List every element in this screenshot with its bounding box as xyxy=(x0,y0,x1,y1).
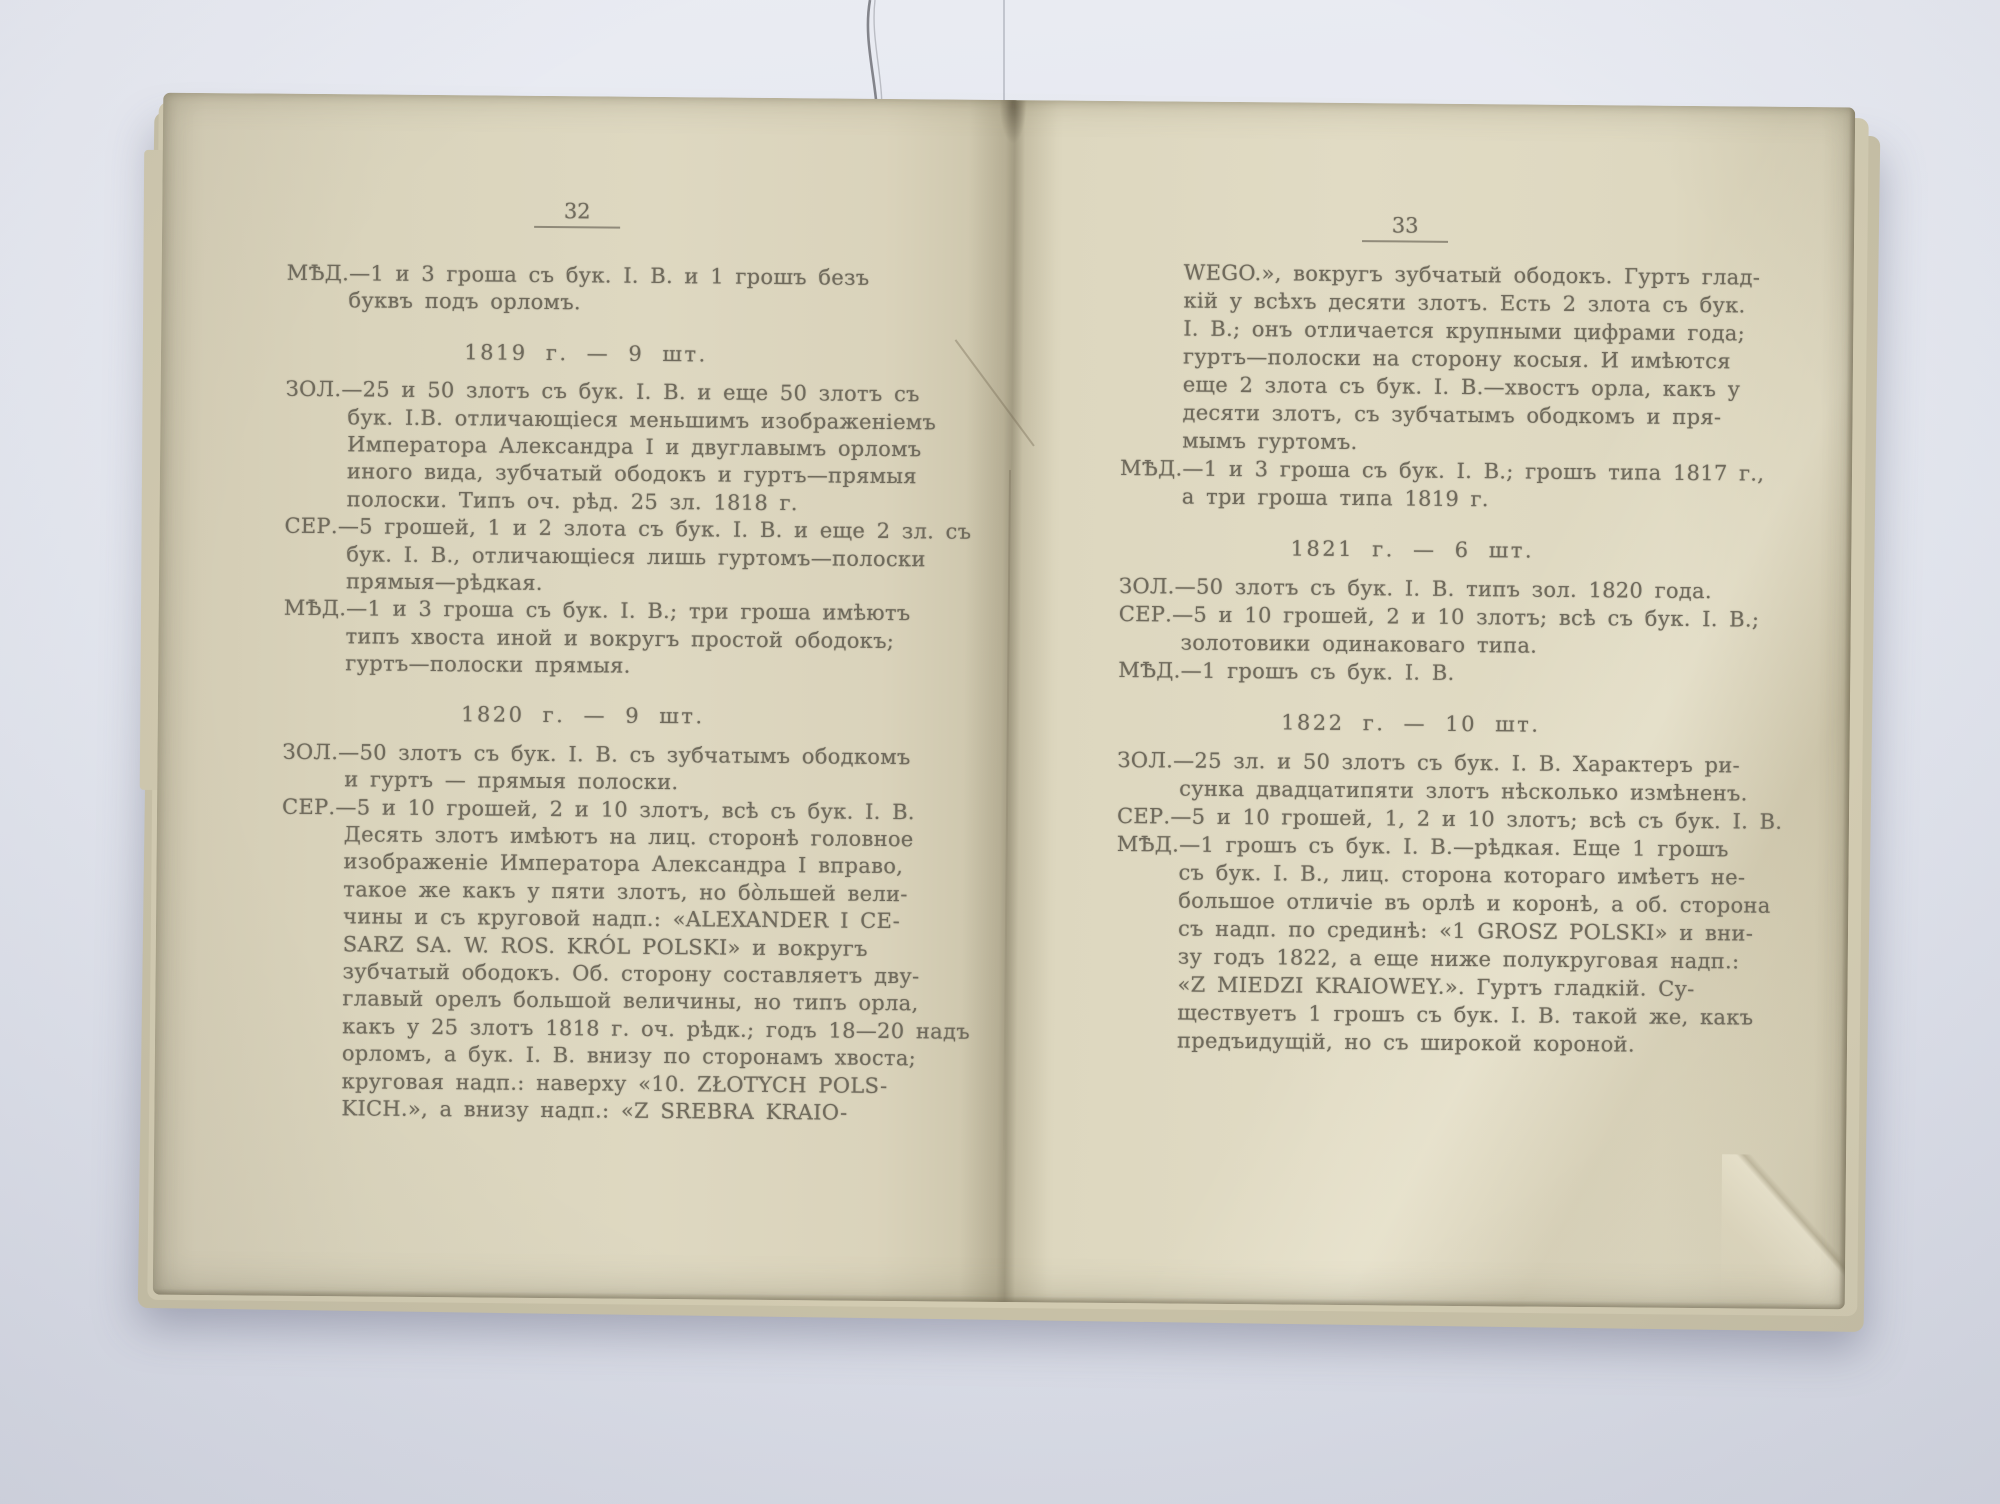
text-line: МѢД.—1 грошъ съ бук. І. В. xyxy=(1118,656,1704,689)
year-heading: 1822 г. — 10 шт. xyxy=(1118,707,1704,740)
open-book: 32 33 МѢД.—1 и 3 гроша съ бук. І. В. и 1… xyxy=(153,93,1855,1310)
year-heading: 1821 г. — 6 шт. xyxy=(1119,533,1705,566)
text-line: предъидущій, но съ широкой короной. xyxy=(1115,1026,1701,1059)
page-number-left: 32 xyxy=(534,199,620,229)
text-line: а три гроша типа 1819 г. xyxy=(1120,482,1706,515)
text-line: гуртъ—полоски прямыя. xyxy=(283,650,883,683)
text-line: буквъ подъ орломъ. xyxy=(286,287,886,320)
page-32-text-block: МѢД.—1 и 3 гроша съ бук. І. В. и 1 грошъ… xyxy=(279,260,887,1128)
page-33-text-block: WEGO.», вокругъ зубчатый ободокъ. Гуртъ … xyxy=(1115,258,1708,1059)
year-heading: 1819 г. — 9 шт. xyxy=(286,338,886,371)
year-heading: 1820 г. — 9 шт. xyxy=(283,700,883,733)
photo-background: 32 33 МѢД.—1 и 3 гроша съ бук. І. В. и 1… xyxy=(0,0,2000,1504)
text-line: KICH.», а внизу надп.: «Z SREBRA KRAIO- xyxy=(279,1095,879,1128)
page-number-right: 33 xyxy=(1362,213,1448,243)
background-seam-line xyxy=(1003,0,1005,112)
